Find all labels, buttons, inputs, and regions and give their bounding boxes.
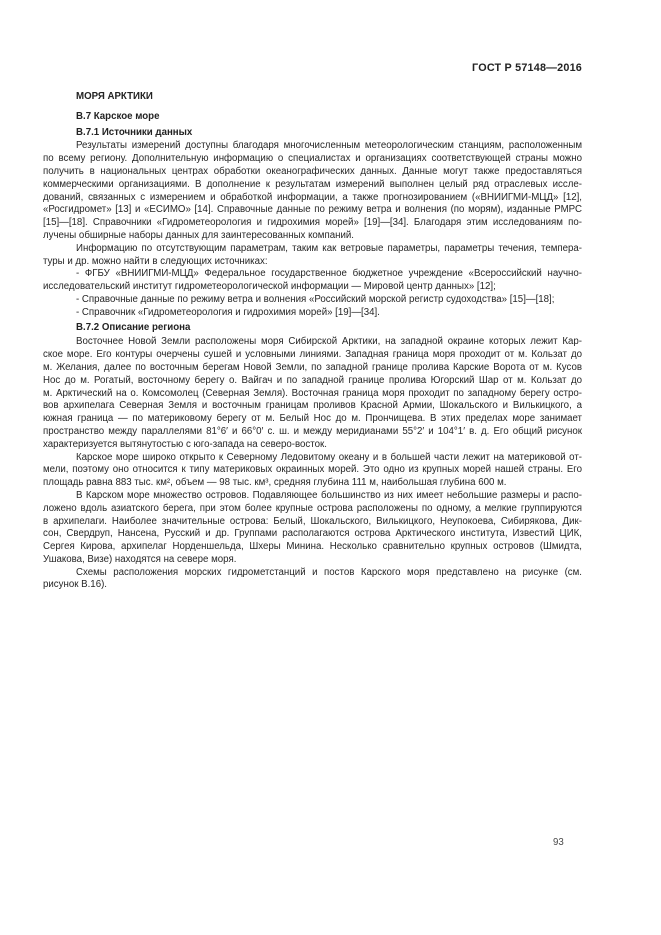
paragraph-line: Схемы расположения морских гидрометстанц…	[43, 567, 582, 580]
paragraph-line: коммерческими организациями. В дополнени…	[43, 179, 582, 192]
paragraph-line: характеризуется вытянутостью с юго-запад…	[43, 439, 582, 452]
paragraph-line: ложено вдоль азиатского берега, при этом…	[43, 503, 582, 516]
list-item-line: исследовательский институт гидрометеорол…	[43, 281, 582, 294]
paragraph-line: по всему региону. Дополнительную информа…	[43, 153, 582, 166]
standard-code-header: ГОСТ Р 57148—2016	[472, 62, 582, 74]
document-blocks: МОРЯ АРКТИКИВ.7 Карское мореВ.7.1 Источн…	[43, 91, 582, 592]
paragraph-line: Нос до м. Рогатый, восточному берегу о. …	[43, 375, 582, 388]
paragraph-line: Восточнее Новой Земли расположены моря С…	[43, 336, 582, 349]
paragraph-line: В Карском море множество островов. Подав…	[43, 490, 582, 503]
paragraph-line: лучены обширные наборы данных для заинте…	[43, 230, 582, 243]
paragraph-line: м. Арктический на о. Комсомолец (Северна…	[43, 388, 582, 401]
paragraph-line: ское море. Его контуры очерчены сушей и …	[43, 349, 582, 362]
heading-section: МОРЯ АРКТИКИ	[43, 91, 582, 104]
list-item-line: - Справочные данные по режиму ветра и во…	[43, 294, 582, 307]
paragraph-line: туры и др. можно найти в следующих источ…	[43, 256, 582, 269]
heading-subclause: В.7.1 Источники данных	[43, 127, 582, 140]
document-page: ГОСТ Р 57148—2016 МОРЯ АРКТИКИВ.7 Карско…	[0, 0, 661, 935]
paragraph-line: «Росгидромет» [13] и «ЕСИМО» [14]. Справ…	[43, 204, 582, 217]
paragraph-line: дований, связанных с измерением и обрабо…	[43, 192, 582, 205]
paragraph-line: в архипелаги. Наиболее значительные остр…	[43, 516, 582, 529]
paragraph-line: [15]—[18]. Справочники «Гидрометеорологи…	[43, 217, 582, 230]
paragraph-line: Ушакова, Визе) находятся на севере моря.	[43, 554, 582, 567]
paragraph-line: рисунок В.16).	[43, 579, 582, 592]
page-number: 93	[553, 837, 564, 848]
paragraph-line: м. Желания, далее по восточным берегам Н…	[43, 362, 582, 375]
paragraph-line: вов архипелага Северная Земля и восточны…	[43, 400, 582, 413]
paragraph-line: Информацию по отсутствующим параметрам, …	[43, 243, 582, 256]
list-item-line: - Справочник «Гидрометеорология и гидрох…	[43, 307, 582, 320]
paragraph-line: получить в национальных центрах обработк…	[43, 166, 582, 179]
list-item-line: - ФГБУ «ВНИИГМИ-МЦД» Федеральное государ…	[43, 268, 582, 281]
paragraph-line: Результаты измерений доступны благодаря …	[43, 140, 582, 153]
heading-clause: В.7 Карское море	[43, 111, 582, 124]
paragraph-line: южная граница — по материковому берегу о…	[43, 413, 582, 426]
heading-inline: В.7.2 Описание региона	[43, 322, 582, 335]
paragraph-line: площадь равна 883 тыс. км², объем — 98 т…	[43, 477, 582, 490]
paragraph-line: мели, поэтому оно относится к типу матер…	[43, 464, 582, 477]
paragraph-line: Карское море широко открыто к Северному …	[43, 452, 582, 465]
paragraph-line: Сергея Кирова, архипелаг Норденшельда, Ш…	[43, 541, 582, 554]
paragraph-line: сон, Свердруп, Нансена, Русский и др. Гр…	[43, 528, 582, 541]
paragraph-line: пространство между параллелями 81°6′ и 6…	[43, 426, 582, 439]
